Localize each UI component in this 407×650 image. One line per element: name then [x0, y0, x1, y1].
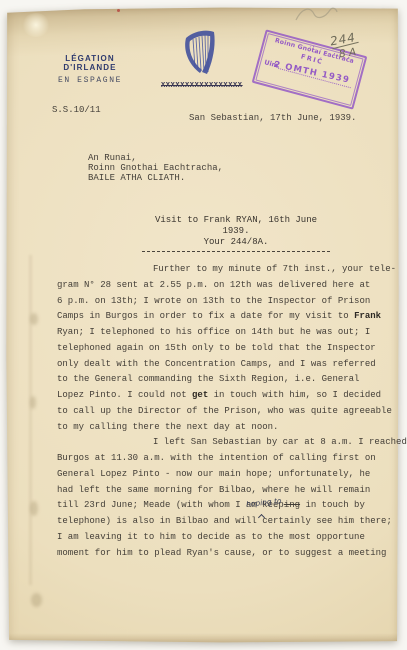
- body-text-segment: Further to my minute of 7th inst., your …: [153, 264, 396, 274]
- body-text-segment: Ryan; I telephoned to his office on 14th…: [57, 327, 370, 337]
- body-line: till 23rd June; Meade (with whom I am ho…: [57, 498, 393, 514]
- stamp-date: 2 OMTH 1939: [273, 60, 351, 86]
- scanned-letter: LÉGATION D'IRLANDE EN ESPAGNE XXXXXXXXXX…: [0, 0, 407, 650]
- body-text-segment: Lopez Pinto. I could not: [57, 390, 192, 400]
- recipient-line: Roinn Gnothai Eachtracha,: [88, 163, 223, 173]
- paper-stain-light: [22, 13, 50, 37]
- paper-smudge: [30, 313, 38, 325]
- body-line: Lopez Pinto. I could not get in touch wi…: [57, 388, 393, 404]
- body-text-segment: 6 p.m. on 13th; I wrote on 13th to the I…: [57, 296, 370, 306]
- recipient-address: An Runai, Roinn Gnothai Eachtracha, BAIL…: [88, 153, 223, 183]
- letterhead: LÉGATION D'IRLANDE EN ESPAGNE: [38, 54, 142, 85]
- body-line: only dealt with the Concentration Camps,…: [57, 357, 393, 373]
- paper-crease: [29, 255, 32, 585]
- recipient-line: BAILE ATHA CLIATH.: [88, 173, 223, 183]
- paper-smudge: [30, 396, 36, 409]
- legation-subline: EN ESPAGNE: [38, 76, 142, 85]
- body-text-segment: telephoned again on 15th only to be told…: [57, 343, 376, 353]
- body-text-segment: telephone) is also in Bilbao and will ce…: [57, 516, 392, 526]
- body-line: General Lopez Pinto - now our main hope;…: [57, 467, 393, 483]
- body-line: Further to my minute of 7th inst., your …: [57, 262, 393, 278]
- subject-line: Visit to Frank RYAN, 16th June 1939.: [140, 215, 332, 237]
- body-text-segment: to my calling there the next day at noon…: [57, 422, 278, 432]
- body-line: moment for him to plead Ryan's cause, or…: [57, 546, 393, 562]
- body-text-segment: to the General commanding the Sixth Regi…: [57, 374, 359, 384]
- subject-reference: Your 244/8A.: [140, 237, 332, 248]
- body-text-segment: Frank: [354, 311, 381, 321]
- pencil-scribble: [292, 2, 344, 28]
- body-line: to my calling there the next day at noon…: [57, 420, 393, 436]
- body-text-segment: in touch by: [300, 500, 365, 510]
- body-text-segment: till 23rd June; Meade (with whom I am: [57, 500, 262, 510]
- body-line: to the General commanding the Sixth Regi…: [57, 372, 393, 388]
- body-text-segment: get: [192, 390, 208, 400]
- obliterated-address: XXXXXXXXXXXXXXXXX: [161, 82, 243, 90]
- dateline: San Sebastian, 17th June, 1939.: [189, 113, 356, 123]
- legation-name: LÉGATION D'IRLANDE: [38, 54, 142, 72]
- body-text-segment: I am leaving it to him to decide as to t…: [57, 532, 365, 542]
- body-text-segment: Burgos at 11.30 a.m. with the intention …: [57, 453, 376, 463]
- body-line: I left San Sebastian by car at 8 a.m. I …: [57, 435, 393, 451]
- body-line: Camps in Burgos in order to fix a date f…: [57, 309, 393, 325]
- red-ink-speck: [117, 9, 120, 12]
- file-number-denominator: 8 A: [338, 46, 359, 61]
- body-text-segment: only dealt with the Concentration Camps,…: [57, 359, 376, 369]
- body-text: Further to my minute of 7th inst., your …: [57, 262, 393, 561]
- body-line: had left the same morning for Bilbao, wh…: [57, 483, 393, 499]
- body-line: to call up the Director of the Prison, w…: [57, 404, 393, 420]
- body-line: gram N° 28 sent at 2.55 p.m. on 12th was…: [57, 278, 393, 294]
- body-line: telephone) is also in Bilbao and will ce…: [57, 514, 393, 530]
- subject-underline: [142, 250, 330, 252]
- body-line: Burgos at 11.30 a.m. with the intention …: [57, 451, 393, 467]
- body-line: I am leaving it to him to decide as to t…: [57, 530, 393, 546]
- body-line: Ryan; I telephoned to his office on 14th…: [57, 325, 393, 341]
- body-text-segment: Camps in Burgos in order to fix a date f…: [57, 311, 354, 321]
- paper-smudge: [31, 593, 42, 607]
- body-text-segment: in touch with him, so I decided: [208, 390, 381, 400]
- body-text-segment: I left San Sebastian by car at 8 a.m. I …: [153, 437, 407, 447]
- body-text-segment: moment for him to plead Ryan's cause, or…: [57, 548, 386, 558]
- body-text-segment: gram N° 28 sent at 2.55 p.m. on 12th was…: [57, 280, 370, 290]
- body-line: 6 p.m. on 13th; I wrote on 13th to the I…: [57, 294, 393, 310]
- recipient-line: An Runai,: [88, 153, 223, 163]
- paper-smudge: [30, 501, 38, 516]
- harp-icon: [181, 29, 219, 77]
- body-text-segment: to call up the Director of the Prison, w…: [57, 406, 392, 416]
- reference-number: S.S.10/11: [52, 105, 101, 115]
- pencil-file-number: 244 8 A: [330, 32, 359, 59]
- body-text-segment: ing: [284, 500, 300, 510]
- body-line: telephoned again on 15th only to be told…: [57, 341, 393, 357]
- subject-block: Visit to Frank RYAN, 16th June 1939. You…: [140, 215, 332, 252]
- body-text-segment: General Lopez Pinto - now our main hope;…: [57, 469, 370, 479]
- body-text-segment: had left the same morning for Bilbao, wh…: [57, 485, 370, 495]
